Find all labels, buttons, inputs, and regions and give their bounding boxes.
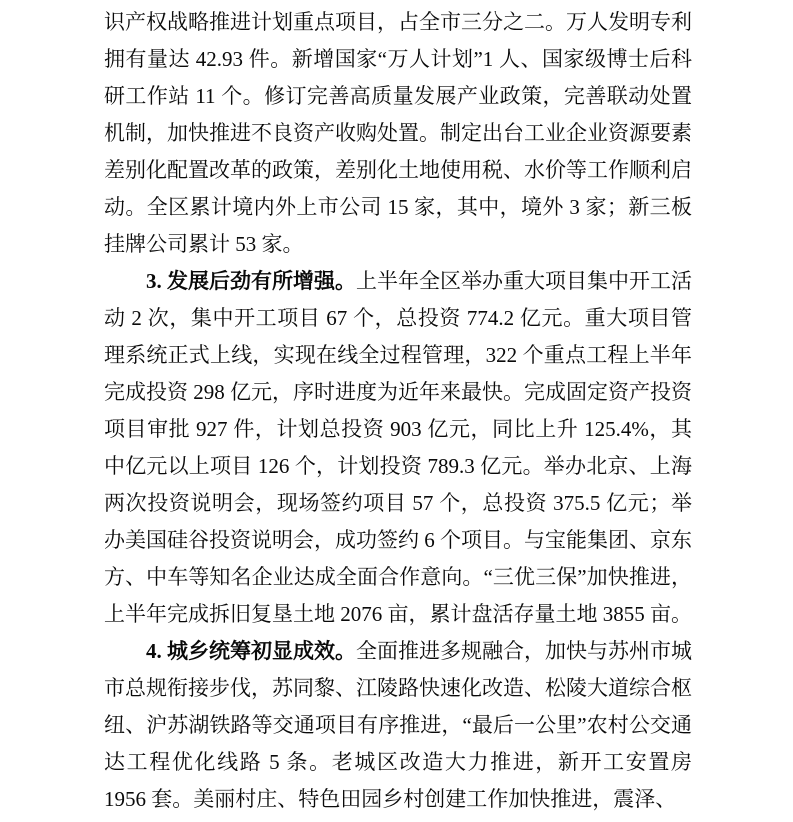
paragraph-section-3: 3. 发展后劲有所增强。上半年全区举办重大项目集中开工活动 2 次，集中开工项目…: [104, 263, 692, 633]
section-4-heading: 4. 城乡统筹初显成效。: [146, 639, 356, 663]
section-3-heading: 3. 发展后劲有所增强。: [146, 269, 356, 293]
paragraph-continued: 识产权战略推进计划重点项目，占全市三分之二。万人发明专利拥有量达 42.93 件…: [104, 4, 692, 263]
paragraph-section-4: 4. 城乡统筹初显成效。全面推进多规融合，加快与苏州市城市总规衔接步伐，苏同黎、…: [104, 633, 692, 818]
document-page: 识产权战略推进计划重点项目，占全市三分之二。万人发明专利拥有量达 42.93 件…: [0, 0, 793, 822]
paragraph-body: 识产权战略推进计划重点项目，占全市三分之二。万人发明专利拥有量达 42.93 件…: [104, 10, 692, 256]
section-4-body: 全面推进多规融合，加快与苏州市城市总规衔接步伐，苏同黎、江陵路快速化改造、松陵大…: [104, 639, 692, 811]
section-3-body: 上半年全区举办重大项目集中开工活动 2 次，集中开工项目 67 个，总投资 77…: [104, 269, 692, 626]
